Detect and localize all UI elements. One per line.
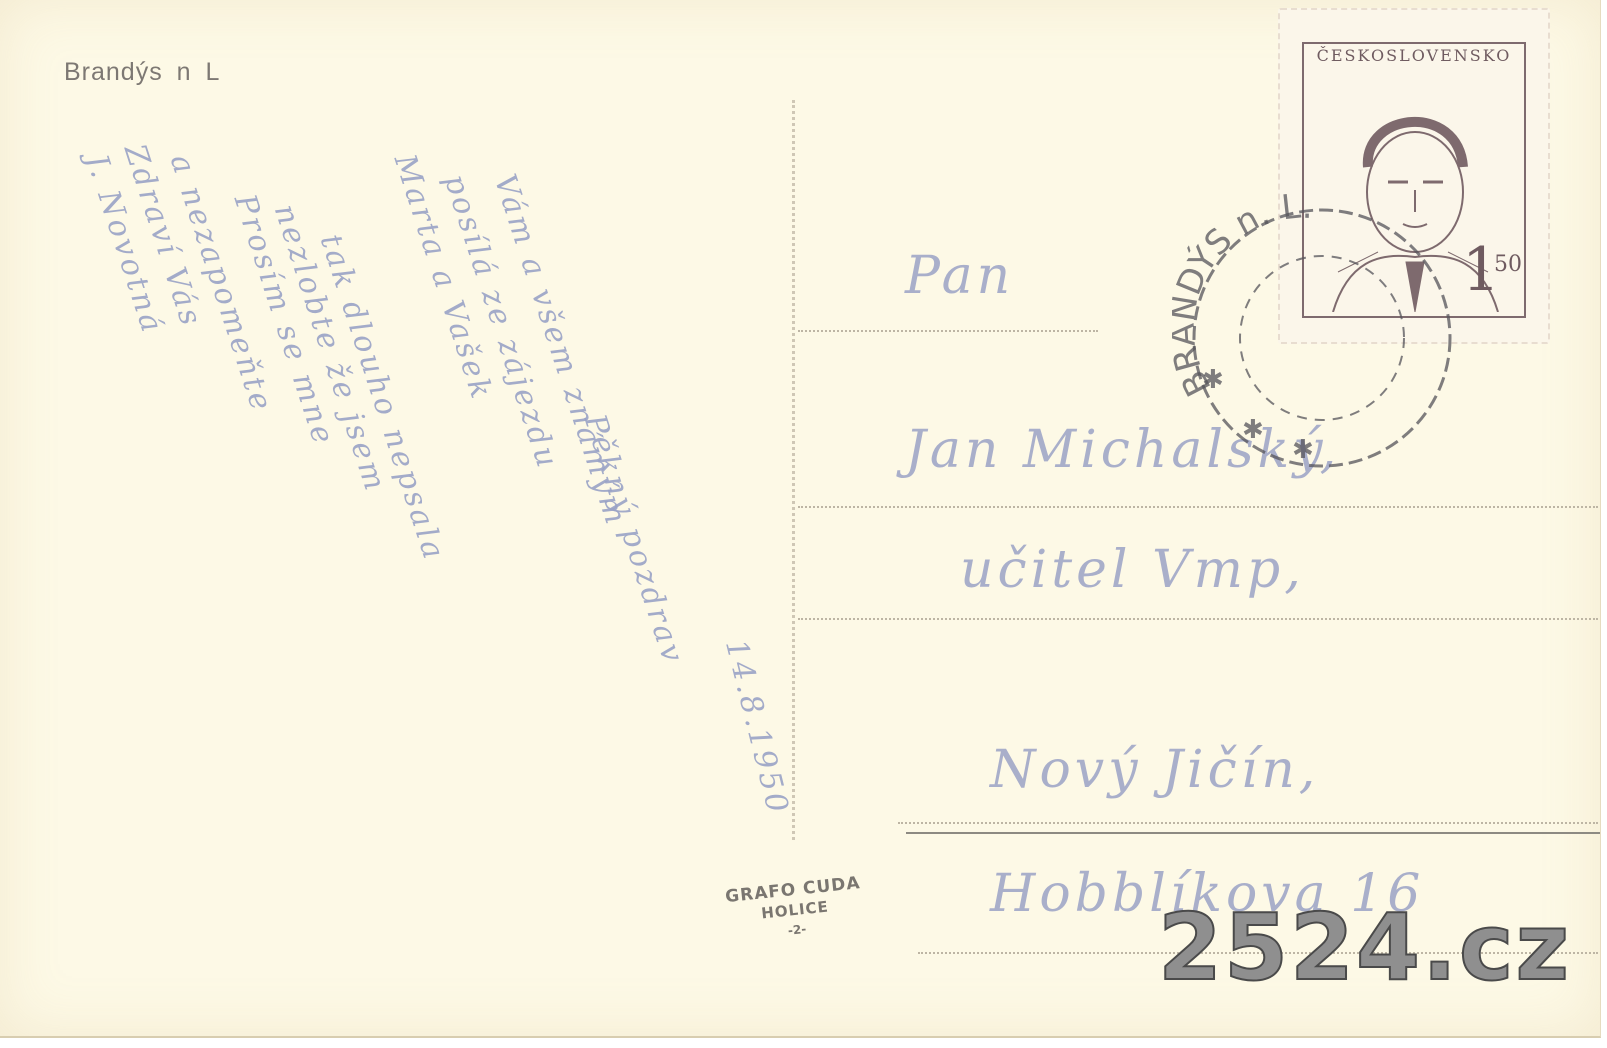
handwritten-date: 14.8.1950 bbox=[718, 636, 795, 819]
publisher-imprint: GRAFO CUDA HOLICE -2- bbox=[717, 872, 872, 947]
address-underline bbox=[906, 832, 1600, 834]
address-salutation: Pan bbox=[905, 246, 1014, 306]
watermark: 2524.cz bbox=[1158, 898, 1571, 998]
address-city: Nový Jičín, bbox=[990, 740, 1319, 800]
printed-place-name: Brandýs n L bbox=[64, 58, 220, 87]
postmark-cancel-icon: BRANDÝS n. L. ✱ ✱ ✱ bbox=[1172, 188, 1452, 468]
address-line-3 bbox=[798, 618, 1598, 620]
center-divider bbox=[792, 100, 795, 840]
postmark-text: BRANDÝS n. L. bbox=[1172, 188, 1313, 402]
stamp-country: ČESKOSLOVENSKO bbox=[1304, 46, 1524, 65]
message-line: Pěkný pozdrav bbox=[577, 410, 691, 669]
address-title: učitel Vmp, bbox=[960, 540, 1305, 600]
svg-text:✱: ✱ bbox=[1242, 415, 1264, 445]
address-line-4 bbox=[898, 822, 1598, 824]
svg-text:✱: ✱ bbox=[1292, 435, 1314, 465]
svg-text:✱: ✱ bbox=[1202, 365, 1224, 395]
address-line-2 bbox=[798, 506, 1598, 508]
postcard-back: Brandýs n L J. Novotná Zdraví Vás a neza… bbox=[0, 0, 1601, 1038]
address-line-1 bbox=[798, 330, 1098, 332]
stamp-value-fraction: 50 bbox=[1494, 252, 1522, 277]
svg-text:BRANDÝS n. L.: BRANDÝS n. L. bbox=[1172, 188, 1313, 402]
